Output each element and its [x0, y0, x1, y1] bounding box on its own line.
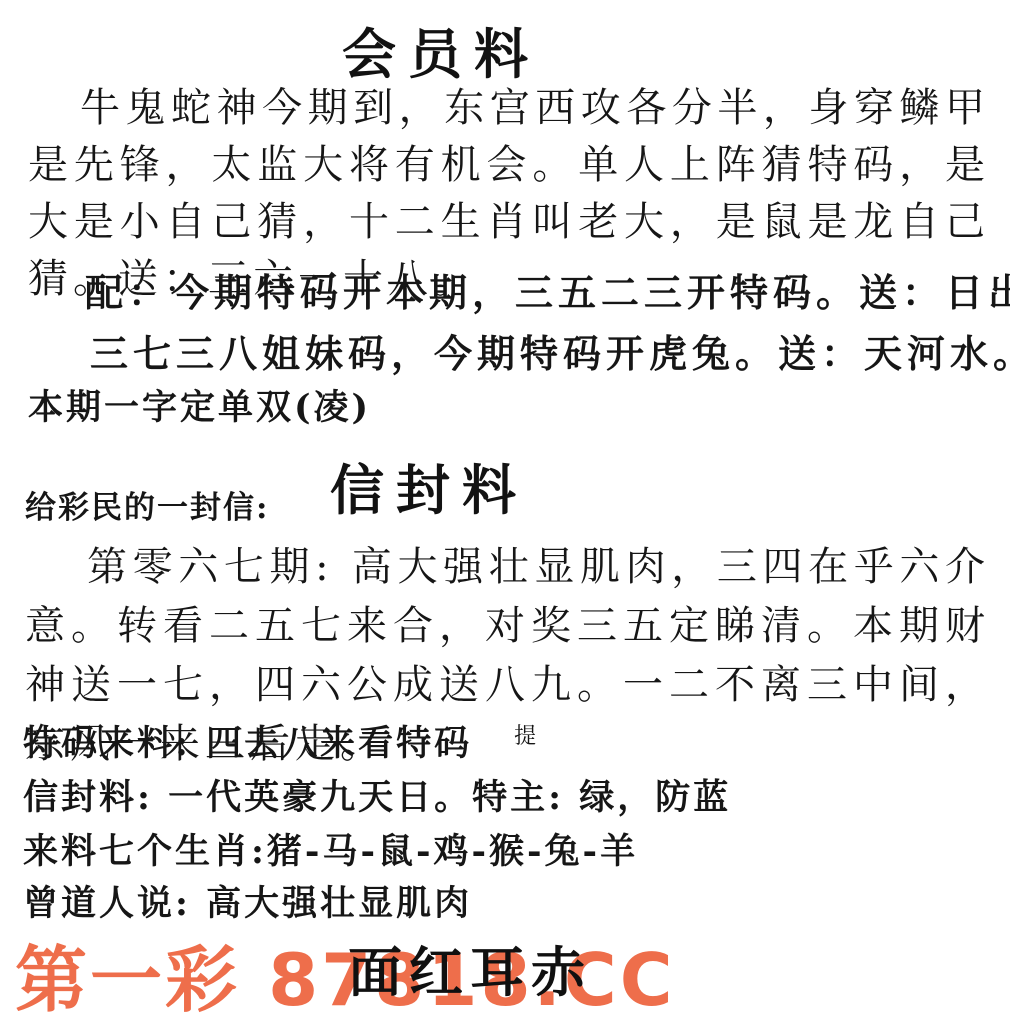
member-pei-line: 配：今期特码开本期，三五二三开特码。送：日出。 [85, 262, 1010, 317]
letter-to-punters-label: 给彩民的一封信: [25, 482, 269, 527]
envelope-tip-line: 信封料: 一代英豪九天日。特主: 绿，防蓝 [23, 770, 731, 820]
member-sisters-line: 三七三八姐妹码，今期特码开虎兔。送：天河水。 [90, 323, 1010, 378]
footer-title: 面红耳赤 [348, 930, 592, 1007]
member-section-title: 会员料 [342, 12, 540, 89]
special-code-text: 特码来料: 四去八来看特码 [23, 723, 472, 764]
zodiac-line: 来料七个生肖:猪-马-鼠-鸡-猴-兔-羊 [23, 824, 638, 874]
master-says-line: 曾道人说: 高大强壮显肌肉 [23, 876, 472, 926]
lottery-tip-sheet: 会员料 牛鬼蛇神今期到，东宫西攻各分半，身穿鳞甲是先锋，太监大将有机会。单人上阵… [0, 0, 1010, 1024]
special-code-note: 提 [514, 724, 536, 749]
member-odd-even-line: 本期一字定单双(凌) [28, 380, 371, 430]
envelope-section-title: 信封料 [330, 448, 528, 525]
special-code-line: 特码来料: 四去八来看特码提 [23, 716, 536, 766]
